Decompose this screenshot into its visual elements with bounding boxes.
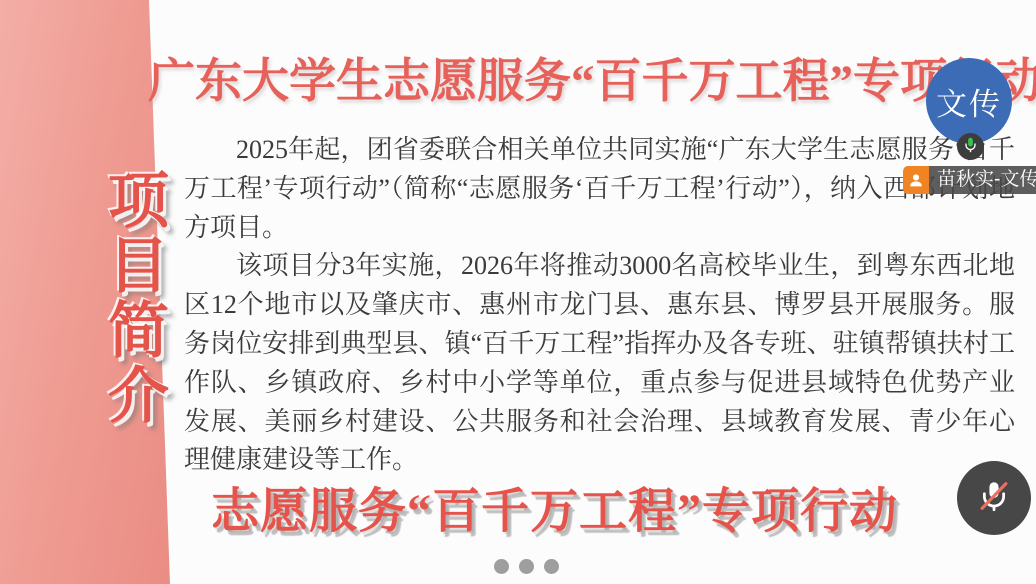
- pagination-dots: [494, 559, 559, 574]
- slide-paragraph: 2025年起，团省委联合相关单位共同实施“广东大学生志愿服务‘百千万工程’专项行…: [184, 131, 1015, 247]
- microphone-muted-icon: [972, 474, 1016, 523]
- pagination-dot[interactable]: [519, 559, 534, 574]
- slide-section-label: 项目简介: [102, 168, 163, 428]
- pagination-dot[interactable]: [544, 559, 559, 574]
- microphone-on-icon: [961, 135, 980, 159]
- mic-mute-button[interactable]: [957, 461, 1031, 535]
- mic-active-indicator: [957, 133, 984, 160]
- slide-paragraph: 该项目分3年实施，2026年将推动3000名高校毕业生，到粤东西北地区12个地市…: [184, 247, 1015, 480]
- active-speaker-badge: 苗秋实-文传: [903, 166, 1036, 194]
- meeting-shared-screen: 项目简介 广东大学生志愿服务“百千万工程”专项行动 2025年起，团省委联合相关…: [0, 0, 1036, 584]
- slide-footer-banner: 志愿服务“百千万工程”专项行动: [211, 472, 898, 541]
- participant-avatar[interactable]: 文传: [926, 58, 1012, 144]
- slide-title: 广东大学生志愿服务“百千万工程”专项行动: [148, 44, 1036, 111]
- slide-body: 2025年起，团省委联合相关单位共同实施“广东大学生志愿服务‘百千万工程’专项行…: [184, 131, 1015, 480]
- user-icon: [903, 166, 929, 194]
- active-speaker-name: 苗秋实-文传: [929, 166, 1036, 194]
- participant-avatar-label: 文传: [936, 79, 1002, 124]
- pagination-dot[interactable]: [494, 559, 509, 574]
